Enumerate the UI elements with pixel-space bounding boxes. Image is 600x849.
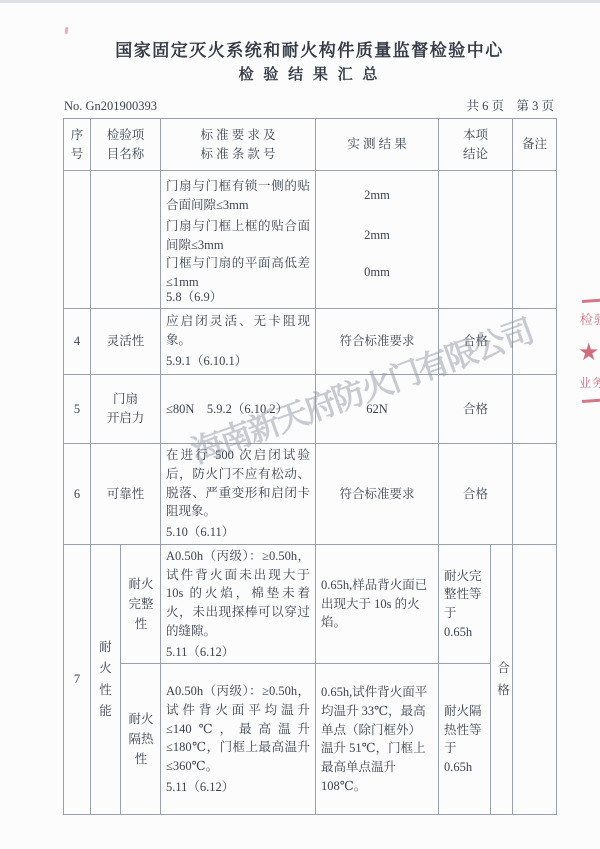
cell-serial: 5 bbox=[64, 375, 91, 444]
cell-name-empty bbox=[91, 171, 161, 309]
cell-requirement: ≤80N 5.9.2（6.10.2） bbox=[161, 375, 316, 444]
report-number: No. Gn201900393 bbox=[64, 99, 157, 114]
cell-subitem-name-vertical: 耐火隔热性 bbox=[121, 664, 161, 815]
cell-measured: 符合标准要求 bbox=[316, 444, 439, 545]
cell-conclusion: 合格 bbox=[439, 309, 513, 375]
table-row-7-integrity: 7 耐火性能 耐火完整性 A0.50h（丙级）：≥0.50h，试件背火面未出现大… bbox=[64, 544, 557, 664]
requirement-line: 门框与门扇的平面高低差≤1mm bbox=[166, 255, 310, 291]
cell-measured: 62N bbox=[316, 375, 439, 444]
scan-edge bbox=[0, 0, 600, 3]
seal-stamp-fragment: 检验 ★ 业务 bbox=[577, 296, 600, 406]
seal-text-fragment: 检验 bbox=[580, 309, 600, 328]
requirement-text: A0.50h（丙级）：≥0.50h，试件背火面平均温升≤140℃，最高温升≤18… bbox=[166, 682, 310, 776]
header-item-conclusion: 本项 结论 bbox=[439, 119, 513, 171]
requirement-clause: 5.9.1（6.10.1） bbox=[166, 352, 310, 371]
header-serial-no: 序 号 bbox=[64, 119, 91, 171]
report-title: 国家固定灭火系统和耐火构件质量监督检验中心 bbox=[63, 40, 556, 62]
cell-remark-empty bbox=[513, 444, 557, 545]
table-row-5: 5 门扇 开启力 ≤80N 5.9.2（6.10.2） 62N 合格 bbox=[64, 375, 557, 444]
requirement-text: 应启闭灵活、无卡阻现象。 bbox=[166, 312, 310, 350]
header-measured-result: 实 测 结 果 bbox=[316, 119, 439, 171]
measured-value: 2mm bbox=[321, 175, 433, 217]
cell-conclusion-detail: 耐火隔热性等于 0.65h bbox=[439, 664, 491, 815]
header-remark: 备注 bbox=[513, 119, 557, 171]
report-page: 国家固定灭火系统和耐火构件质量监督检验中心 检 验 结 果 汇 总 No. Gn… bbox=[63, 40, 556, 815]
cell-measured: 0.65h,样品背火面已出现大于 10s 的火焰。 bbox=[316, 544, 439, 664]
cell-measured-list: 2mm 2mm 0mm bbox=[316, 171, 439, 309]
requirement-clause: 5.8（6.9） bbox=[166, 291, 310, 305]
cell-measured: 符合标准要求 bbox=[316, 309, 439, 375]
requirement-text: 在进行 500 次启闭试验后，防火门不应有松动、脱落、严重变形和启闭卡阻现象。 bbox=[166, 446, 310, 521]
cell-group-name-vertical: 耐火性能 bbox=[91, 544, 121, 815]
measured-value: 0mm bbox=[321, 255, 433, 291]
cell-conclusion: 合格 bbox=[439, 444, 513, 545]
seal-text-fragment: 业务 bbox=[579, 374, 600, 391]
cell-remark-empty bbox=[513, 375, 557, 444]
cell-item-name: 灵活性 bbox=[91, 309, 161, 375]
cell-serial: 6 bbox=[64, 444, 91, 545]
requirement-line: 门扇与门框上框的贴合面间隙≤3mm bbox=[166, 217, 310, 255]
table-row-6: 6 可靠性 在进行 500 次启闭试验后，防火门不应有松动、脱落、严重变形和启闭… bbox=[64, 444, 557, 545]
cell-requirement-list: 门扇与门框有锁一侧的贴合面间隙≤3mm 门扇与门框上框的贴合面间隙≤3mm 门框… bbox=[161, 171, 316, 309]
star-icon: ★ bbox=[578, 338, 600, 367]
cell-item-name: 门扇 开启力 bbox=[91, 375, 161, 444]
cell-remark-empty bbox=[513, 544, 557, 815]
cell-requirement: 应启闭灵活、无卡阻现象。 5.9.1（6.10.1） bbox=[161, 309, 316, 375]
cell-item-name: 可靠性 bbox=[91, 444, 161, 545]
cell-measured: 0.65h,试件背火面平均温升 33℃，最高单点（除门框外）温升 51℃，门框上… bbox=[316, 664, 439, 815]
requirement-text: A0.50h（丙级）：≥0.50h，试件背火面未出现大于 10s 的火焰，棉垫未… bbox=[166, 547, 310, 641]
cell-serial-empty bbox=[64, 171, 91, 309]
report-subtitle: 检 验 结 果 汇 总 bbox=[63, 65, 556, 85]
results-table: 序 号 检验项 目名称 标 准 要 求 及 标 准 条 款 号 实 测 结 果 … bbox=[63, 118, 557, 815]
table-row-4: 4 灵活性 应启闭灵活、无卡阻现象。 5.9.1（6.10.1） 符合标准要求 … bbox=[64, 309, 557, 375]
table-row-continuation: 门扇与门框有锁一侧的贴合面间隙≤3mm 门扇与门框上框的贴合面间隙≤3mm 门框… bbox=[64, 171, 557, 309]
cell-requirement: A0.50h（丙级）：≥0.50h，试件背火面平均温升≤140℃，最高温升≤18… bbox=[161, 664, 316, 815]
measured-value bbox=[321, 291, 433, 305]
seal-line bbox=[582, 398, 600, 403]
requirement-clause: 5.11（6.12） bbox=[166, 643, 310, 662]
cell-subitem-name-vertical: 耐火完整性 bbox=[121, 544, 161, 664]
table-row-7-insulation: 耐火隔热性 A0.50h（丙级）：≥0.50h，试件背火面平均温升≤140℃，最… bbox=[64, 664, 557, 815]
seal-line bbox=[582, 298, 600, 303]
cell-requirement: 在进行 500 次启闭试验后，防火门不应有松动、脱落、严重变形和启闭卡阻现象。 … bbox=[161, 444, 316, 545]
header-item-name: 检验项 目名称 bbox=[91, 119, 161, 171]
requirement-clause: 5.10（6.11） bbox=[166, 523, 310, 542]
cell-conclusion-empty bbox=[439, 171, 513, 309]
cell-requirement: A0.50h（丙级）：≥0.50h，试件背火面未出现大于 10s 的火焰，棉垫未… bbox=[161, 544, 316, 664]
page-indicator: 共 6 页 第 3 页 bbox=[466, 96, 554, 114]
cell-serial: 7 bbox=[64, 544, 91, 815]
report-meta-row: No. Gn201900393 共 6 页 第 3 页 bbox=[63, 96, 556, 114]
cell-serial: 4 bbox=[64, 309, 91, 375]
requirement-line: 门扇与门框有锁一侧的贴合面间隙≤3mm bbox=[166, 175, 310, 217]
measured-value: 2mm bbox=[321, 217, 433, 255]
header-standard-requirement: 标 准 要 求 及 标 准 条 款 号 bbox=[161, 119, 316, 171]
requirement-clause: 5.11（6.12） bbox=[166, 778, 310, 797]
table-header-row: 序 号 检验项 目名称 标 准 要 求 及 标 准 条 款 号 实 测 结 果 … bbox=[64, 119, 557, 171]
cell-remark-empty bbox=[513, 171, 557, 309]
cell-overall-conclusion-vertical: 合格 bbox=[491, 544, 513, 815]
cell-conclusion: 合格 bbox=[439, 375, 513, 444]
scan-artifact-speck bbox=[65, 27, 69, 34]
cell-remark-empty bbox=[513, 309, 557, 375]
cell-conclusion-detail: 耐火完整性等于 0.65h bbox=[439, 544, 491, 664]
